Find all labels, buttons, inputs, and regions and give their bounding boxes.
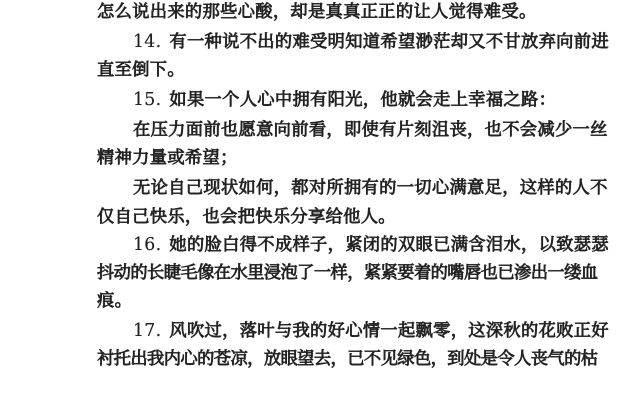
- list-item-17: 17.风吹过，落叶与我的好心情一起飘零，这深秋的花败正好: [133, 320, 545, 342]
- line-text: 衬托出我内心的苍凉，放眼望去，已不见绿色，到处是令人丧气的枯: [97, 349, 597, 369]
- item-number: 16.: [133, 235, 161, 255]
- text-line: 抖动的长睫毛像在水里浸泡了一样，紧紧要着的嘴唇也已渗出一缕血: [97, 262, 547, 284]
- line-text: 风吹过，落叶与我的好心情一起飘零，这深秋的花败正好: [169, 321, 609, 341]
- document-page: 怎么说出来的那些心酸，却是真真正正的让人觉得难受。 14.有一种说不出的难受明知…: [0, 0, 640, 400]
- line-text: 如果一个人心中拥有阳光，他就会走上幸福之路：: [169, 90, 556, 110]
- line-text: 抖动的长睫毛像在水里浸泡了一样，紧紧要着的嘴唇也已渗出一缕血: [97, 263, 597, 283]
- list-item-16: 16.她的脸白得不成样子，紧闭的双眼已满含泪水，以致瑟瑟: [133, 234, 545, 256]
- text-line: 直至倒下。: [97, 59, 547, 81]
- line-text: 直至倒下。: [97, 60, 185, 80]
- line-text: 有一种说不出的难受明知道希望渺茫却又不甘放弃向前进: [169, 32, 609, 52]
- text-line: 精神力量或希望；: [97, 147, 547, 169]
- item-number: 14.: [133, 32, 161, 52]
- list-item-15: 15.如果一个人心中拥有阳光，他就会走上幸福之路：: [133, 89, 545, 111]
- line-text: 在压力面前也愿意向前看，即使有片刻沮丧，也不会减少一丝: [133, 120, 608, 140]
- text-line: 衬托出我内心的苍凉，放眼望去，已不见绿色，到处是令人丧气的枯: [97, 348, 547, 370]
- line-text: 痕。: [97, 291, 132, 311]
- line-text: 怎么说出来的那些心酸，却是真真正正的让人觉得难受。: [97, 2, 537, 22]
- line-text: 精神力量或希望；: [97, 148, 238, 168]
- text-line: 痕。: [97, 290, 547, 312]
- line-text: 她的脸白得不成样子，紧闭的双眼已满含泪水，以致瑟瑟: [169, 235, 609, 255]
- item-number: 17.: [133, 321, 161, 341]
- line-text: 无论自己现状如何，都对所拥有的一切心满意足，这样的人不: [133, 178, 608, 198]
- text-line: 无论自己现状如何，都对所拥有的一切心满意足，这样的人不: [133, 177, 545, 199]
- item-number: 15.: [133, 90, 161, 110]
- text-line: 仅自己快乐，也会把快乐分享给他人。: [97, 206, 547, 228]
- list-item-14: 14.有一种说不出的难受明知道希望渺茫却又不甘放弃向前进: [133, 31, 545, 53]
- text-line: 怎么说出来的那些心酸，却是真真正正的让人觉得难受。: [97, 1, 547, 23]
- line-text: 仅自己快乐，也会把快乐分享给他人。: [97, 207, 396, 227]
- text-line: 在压力面前也愿意向前看，即使有片刻沮丧，也不会减少一丝: [133, 119, 545, 141]
